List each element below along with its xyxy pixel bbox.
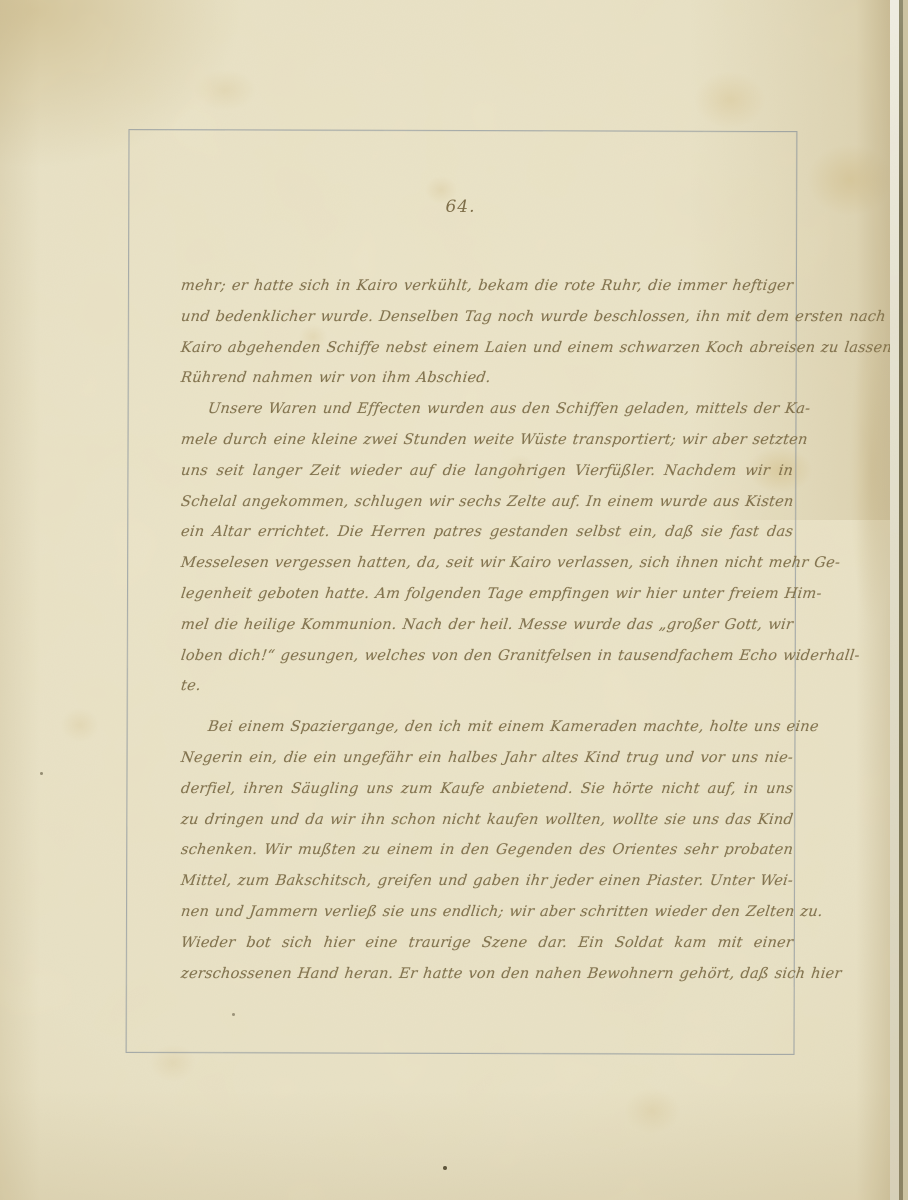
paragraph: mehr; er hatte sich in Kairo verkühlt, b…: [181, 271, 793, 394]
manuscript-line: legenheit geboten hatte. Am folgenden Ta…: [179, 579, 795, 610]
ink-speck: [232, 1013, 235, 1016]
ink-speck: [40, 772, 43, 775]
foxing-stain: [140, 1036, 206, 1090]
manuscript-line: Negerin ein, die ein ungefähr ein halbes…: [179, 743, 795, 774]
manuscript-line: ein Altar errichtet. Die Herren patres g…: [179, 517, 795, 548]
manuscript-line: Wieder bot sich hier eine traurige Szene…: [179, 928, 795, 959]
manuscript-line: Schelal angekommen, schlugen wir sechs Z…: [179, 487, 795, 518]
page-edge: [890, 0, 899, 1200]
manuscript-line: mehr; er hatte sich in Kairo verkühlt, b…: [179, 271, 795, 302]
manuscript-line: und bedenklicher wurde. Denselben Tag no…: [179, 302, 795, 333]
manuscript-page: 64. mehr; er hatte sich in Kairo verkühl…: [0, 0, 908, 1200]
aging-wash: [0, 1090, 908, 1200]
manuscript-line: uns seit langer Zeit wieder auf die lang…: [179, 456, 795, 487]
manuscript-line: Mittel, zum Bakschitsch, greifen und gab…: [179, 866, 795, 897]
manuscript-line: derfiel, ihren Säugling uns zum Kaufe an…: [179, 774, 795, 805]
page-edge: [903, 0, 908, 1200]
aging-wash: [0, 0, 270, 190]
text-block: mehr; er hatte sich in Kairo verkühlt, b…: [181, 271, 793, 989]
manuscript-line: Unsere Waren und Effecten wurden aus den…: [179, 394, 795, 425]
manuscript-line: loben dich!“ gesungen, welches von den G…: [179, 641, 795, 672]
manuscript-line: Messelesen vergessen hatten, da, seit wi…: [179, 548, 795, 579]
manuscript-line: Kairo abgehenden Schiffe nebst einem Lai…: [179, 333, 795, 364]
manuscript-line: mele durch eine kleine zwei Stunden weit…: [179, 425, 795, 456]
manuscript-line: zu dringen und da wir ihn schon nicht ka…: [179, 805, 795, 836]
manuscript-line: nen und Jammern verließ sie uns endlich;…: [179, 897, 795, 928]
foxing-stain: [52, 700, 108, 750]
foxing-stain: [180, 60, 270, 120]
manuscript-line: mel die heilige Kommunion. Nach der heil…: [179, 610, 795, 641]
manuscript-line: schenken. Wir mußten zu einem in den Geg…: [179, 835, 795, 866]
paragraph: Unsere Waren und Effecten wurden aus den…: [181, 394, 793, 702]
manuscript-line: Bei einem Spaziergange, den ich mit eine…: [179, 712, 795, 743]
manuscript-line: te.: [179, 671, 795, 702]
ink-speck: [443, 1166, 447, 1170]
aging-wash: [0, 0, 40, 1200]
paragraph: Bei einem Spaziergange, den ich mit eine…: [181, 712, 793, 989]
page-number: 64.: [127, 197, 794, 217]
manuscript-line: Rührend nahmen wir von ihm Abschied.: [179, 363, 795, 394]
page-edge-shadow: [856, 0, 890, 1200]
foxing-stain: [680, 60, 780, 140]
foxing-stain: [612, 1078, 692, 1144]
manuscript-line: zerschossenen Hand heran. Er hatte von d…: [179, 959, 795, 990]
